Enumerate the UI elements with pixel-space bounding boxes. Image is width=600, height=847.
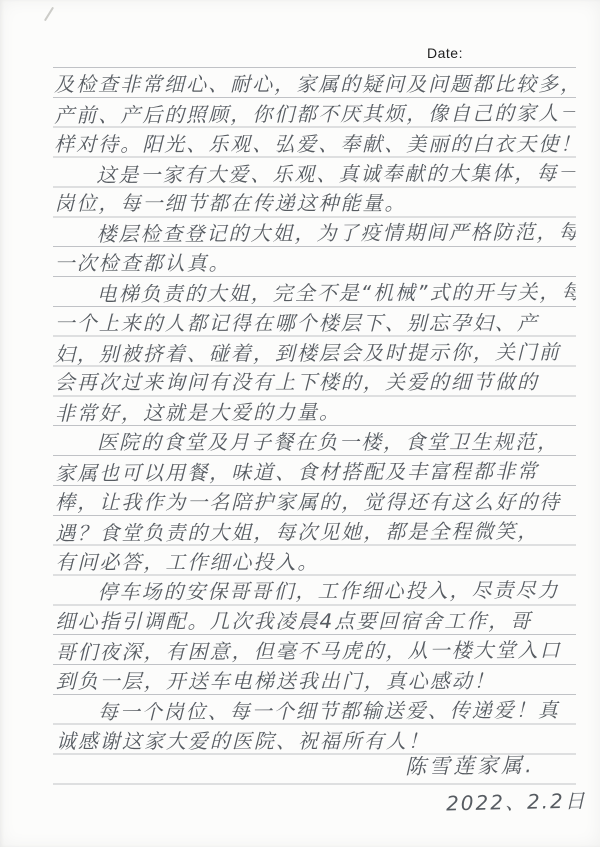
letter-line: 楼层检查登记的大姐，为了疫情期间严格防范，每 [54, 218, 575, 250]
letter-line: 这是一家有大爱、乐观、真诚奉献的大集体，每一个 [54, 158, 575, 190]
letter-line: 妇，别被挤着、碰着，到楼层会及时提示你，关门前 [55, 337, 576, 369]
date-label: Date: [427, 45, 463, 61]
scanned-letter-page: Date: 及检查非常细心、耐心，家属的疑问及问题都比较多，产前、产后的照顾，你… [0, 0, 600, 847]
letter-line: 细心指引调配。几次我凌晨4点要回宿舍工作，哥 [56, 607, 577, 637]
letter-line: 有问必答，工作细心投入。 [55, 547, 576, 577]
letter-line: 及检查非常细心、耐心，家属的疑问及问题都比较多， [54, 70, 575, 100]
letter-lines: 及检查非常细心、耐心，家属的疑问及问题都比较多，产前、产后的照顾，你们都不厌其烦… [54, 69, 577, 757]
written-date: 2022、2.2日 [446, 785, 587, 817]
letter-line: 停车场的安保哥哥们，工作细心投入，尽责尽力 [55, 576, 576, 608]
letter-line: 医院的食堂及月子餐在负一楼，食堂卫生规范， [55, 428, 576, 458]
letter-line: 到负一层，开送车电梯送我出门，真心感动！ [56, 667, 577, 697]
letter-line: 样对待。阳光、乐观、弘爱、奉献、美丽的白衣天使！ [54, 130, 575, 160]
letter-line: 非常好，这就是大爱的力量。 [55, 397, 576, 429]
letter-line: 一次检查都认真。 [55, 249, 576, 279]
letter-line: 遇？食堂负责的大姐，每次见她，都是全程微笑， [55, 516, 576, 548]
letter-line: 每一个岗位、每一个细节都输送爱、传递爱！真 [56, 695, 577, 727]
letter-line: 岗位，每一细节都在传递这种能量。 [54, 189, 575, 219]
letter-line: 哥们夜深，有困意，但毫不马虎的，从一楼大堂入口 [56, 636, 577, 668]
letter-line: 产前、产后的照顾，你们都不厌其烦，像自己的家人一 [54, 99, 575, 131]
letter-line: 会再次过来询问有没有上下楼的，关爱的细节做的 [55, 368, 576, 398]
letter-line: 棒，让我作为一名陪护家属的，觉得还有这么好的待 [55, 488, 576, 518]
signature: 陈雪莲家属. [405, 749, 535, 781]
letter-line: 电梯负责的大姐，完全不是“机械”式的开与关，每 [55, 278, 576, 310]
staple-mark [44, 7, 54, 22]
letter-line: 家属也可以用餐，味道、食材搭配及丰富程都非常 [55, 457, 576, 489]
letter-line: 一个上来的人都记得在哪个楼层下、别忘孕妇、产 [55, 309, 576, 339]
